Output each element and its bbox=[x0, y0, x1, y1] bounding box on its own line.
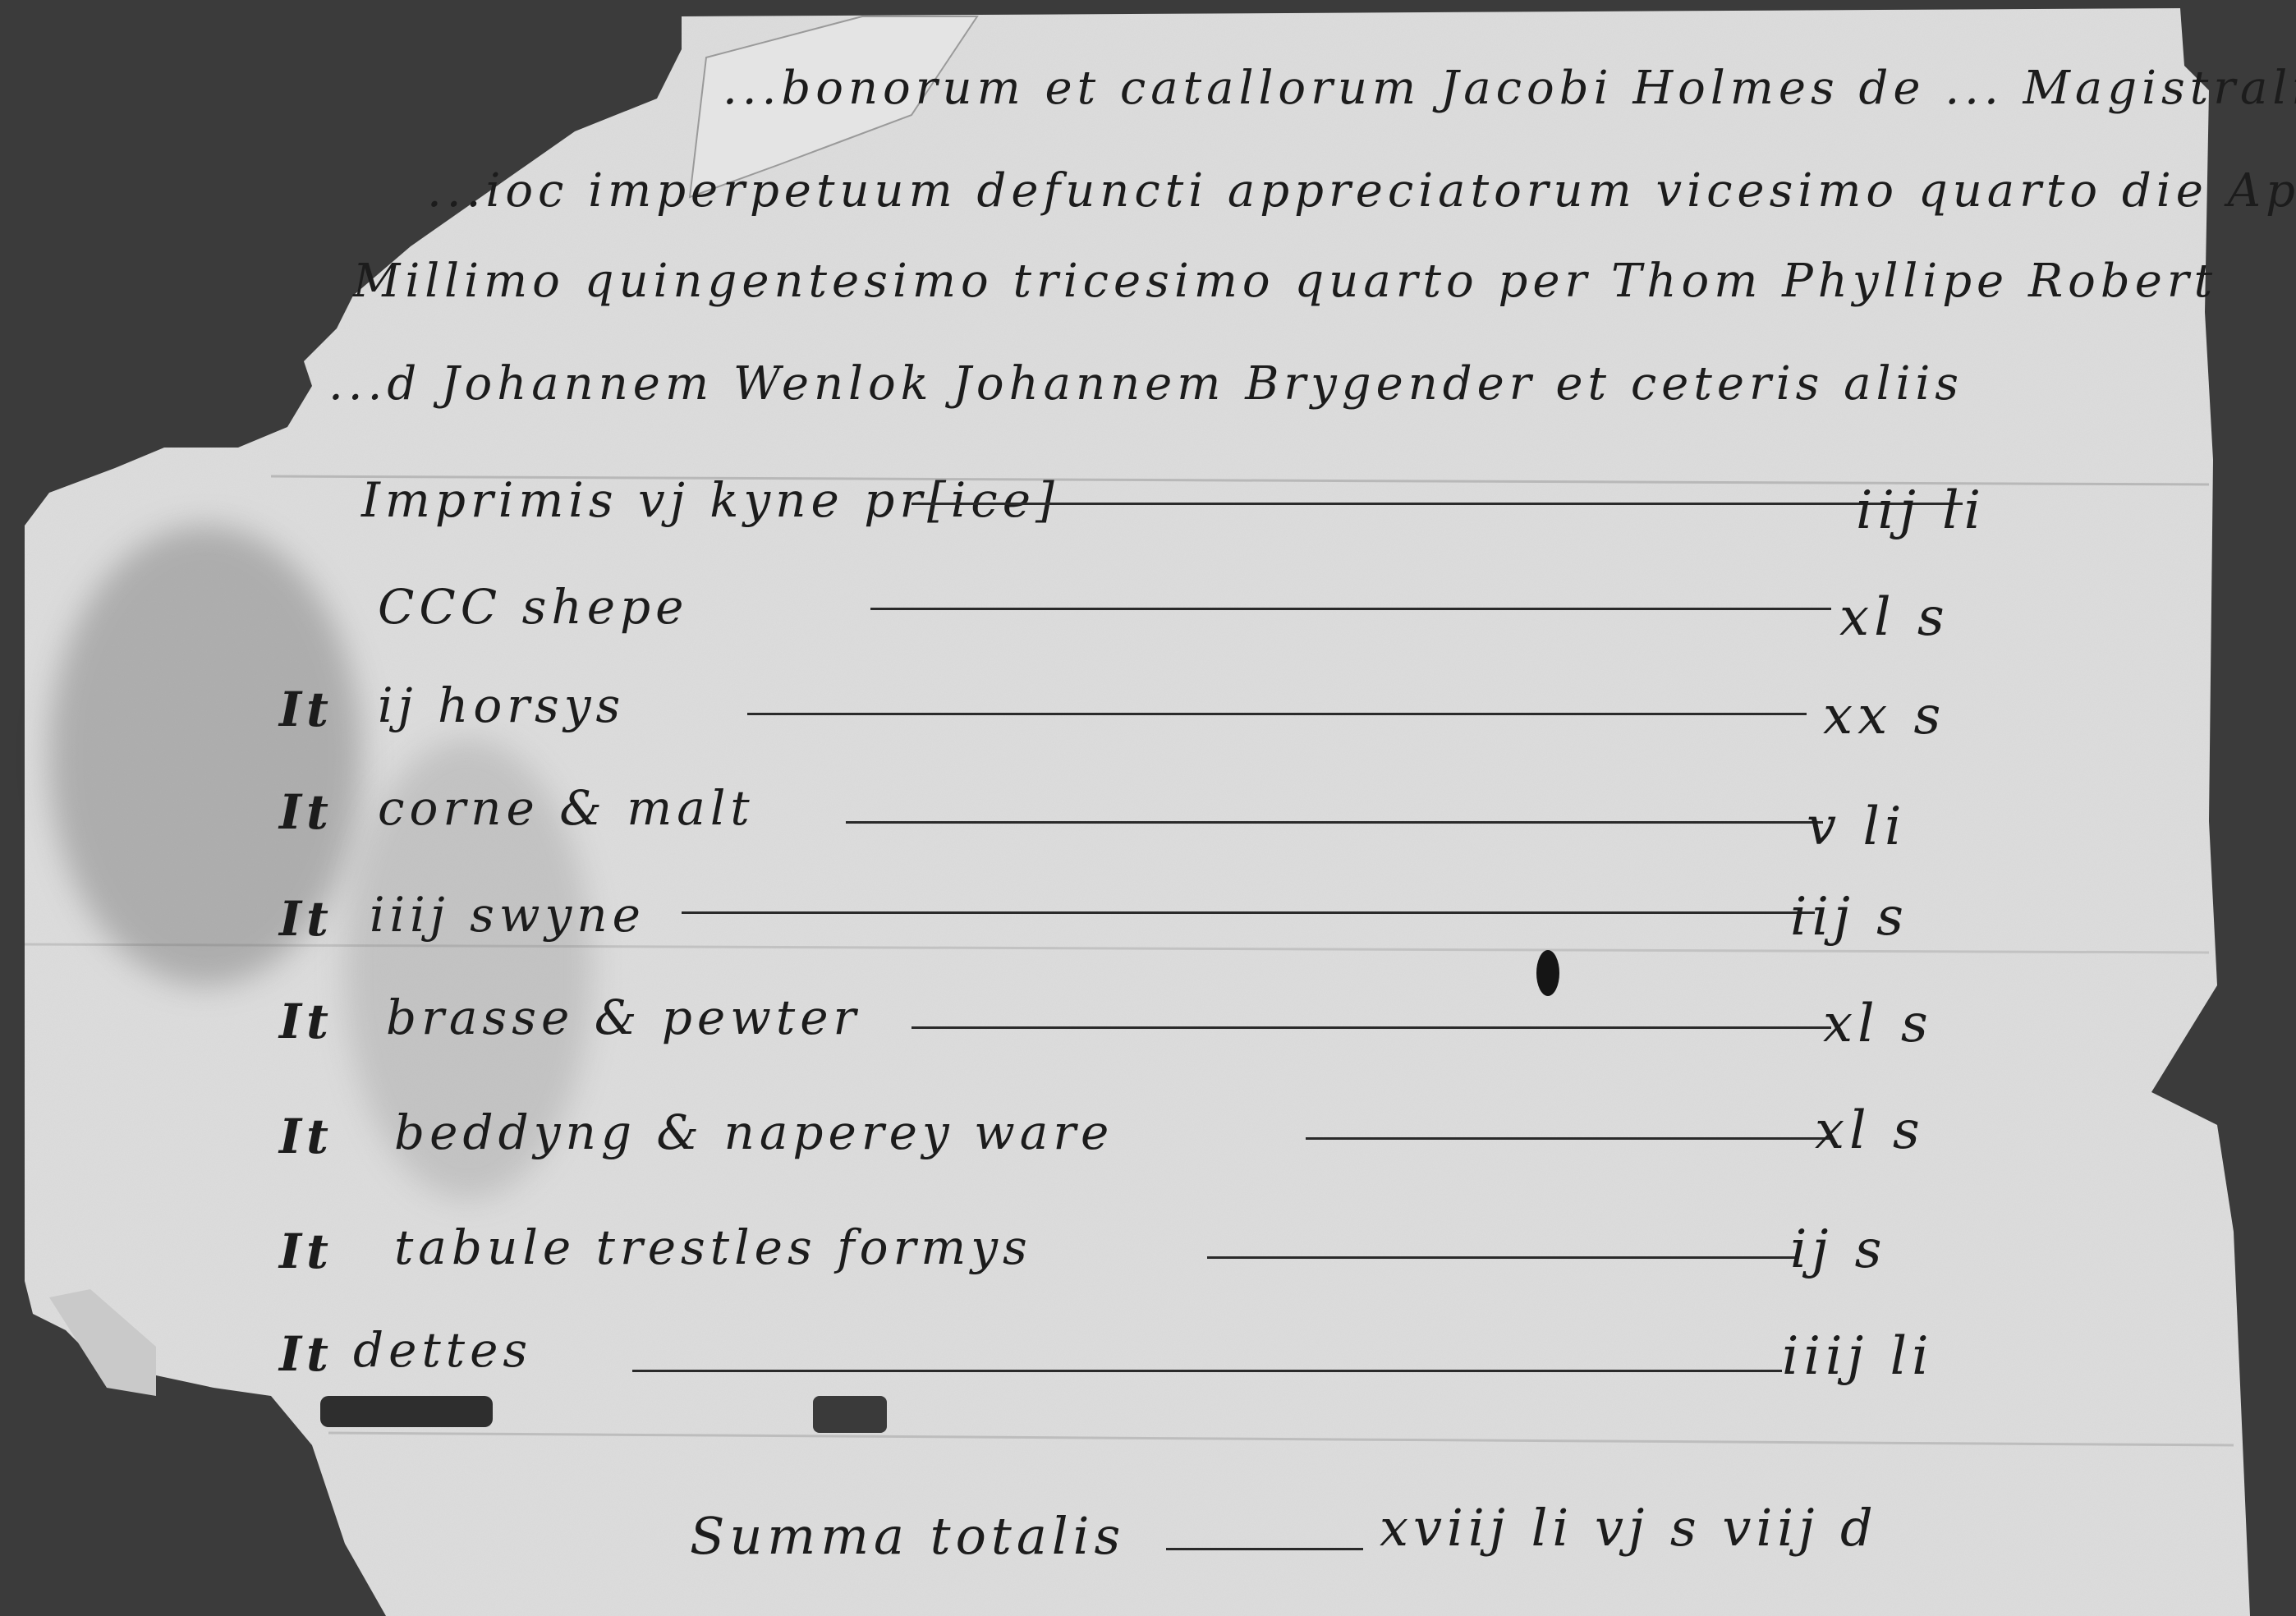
item-value: xx s bbox=[1823, 690, 1945, 742]
leader-line bbox=[682, 911, 1815, 914]
item-mark: It bbox=[279, 1113, 333, 1160]
sum-value: xviij li vj s viij d bbox=[1380, 1503, 1878, 1554]
leader-line bbox=[912, 1026, 1831, 1029]
leader-line bbox=[870, 608, 1831, 610]
sum-leader-line bbox=[1166, 1548, 1363, 1550]
item-mark: It bbox=[279, 1228, 333, 1275]
item-description: beddyng & naperey ware bbox=[394, 1109, 1114, 1156]
sum-label: Summa totalis bbox=[690, 1511, 1125, 1562]
leader-line bbox=[747, 713, 1807, 715]
item-description: CCC shepe bbox=[378, 583, 688, 631]
item-mark: It bbox=[279, 686, 333, 733]
leader-line bbox=[846, 821, 1823, 824]
item-description: ij horsys bbox=[378, 682, 625, 729]
item-mark: It bbox=[279, 788, 333, 836]
header-line-4: ...d Johannem Wenlok Johannem Brygender … bbox=[328, 361, 1963, 407]
manuscript-scan bbox=[0, 0, 2296, 1616]
item-value: xl s bbox=[1839, 591, 1949, 644]
item-value: xl s bbox=[1815, 1104, 1925, 1157]
leader-line bbox=[1207, 1256, 1798, 1259]
leader-line bbox=[912, 503, 1963, 505]
header-line-1: ...bonorum et catallorum Jacobi Holmes d… bbox=[723, 66, 2296, 112]
item-description: tabule trestles formys bbox=[394, 1223, 1032, 1271]
item-value: v li bbox=[1807, 801, 1906, 853]
item-value: iij li bbox=[1856, 484, 1986, 537]
item-description: iiij swyne bbox=[370, 891, 645, 939]
item-value: ij s bbox=[1790, 1223, 1887, 1276]
item-value: iij s bbox=[1790, 891, 1908, 943]
leader-line bbox=[1306, 1137, 1831, 1140]
item-value: iiij li bbox=[1782, 1330, 1934, 1383]
item-mark: It bbox=[279, 895, 333, 943]
item-value: xl s bbox=[1823, 998, 1933, 1050]
item-description: corne & malt bbox=[378, 784, 755, 832]
item-description: Imprimis vj kyne pr[ice] bbox=[361, 476, 1059, 524]
item-description: brasse & pewter bbox=[386, 994, 861, 1041]
item-description: dettes bbox=[353, 1326, 532, 1374]
item-mark: It bbox=[279, 1330, 333, 1378]
header-line-3: Millimo quingentesimo tricesimo quarto p… bbox=[353, 259, 2217, 305]
leader-line bbox=[632, 1370, 1782, 1372]
header-line-2: ...ioc imperpetuum defuncti appreciatoru… bbox=[427, 168, 2296, 214]
item-mark: It bbox=[279, 998, 333, 1045]
